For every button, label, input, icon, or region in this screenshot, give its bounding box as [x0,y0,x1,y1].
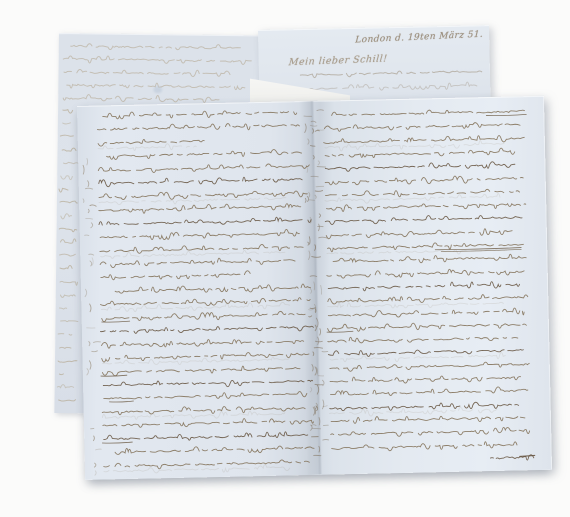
ink-blot-stain [153,86,162,93]
left-page-handwriting [95,101,317,480]
handwriting-line [56,403,67,416]
faded-handwriting-top-lines [62,35,262,109]
right-page-handwriting [322,100,544,480]
handwriting-line [490,446,536,467]
photo-of-handwritten-letters: London d. 19ten März 51. Mein lieber Sch… [0,0,570,517]
handwriting-line [103,451,311,476]
letter-bifolium-front [77,96,552,480]
